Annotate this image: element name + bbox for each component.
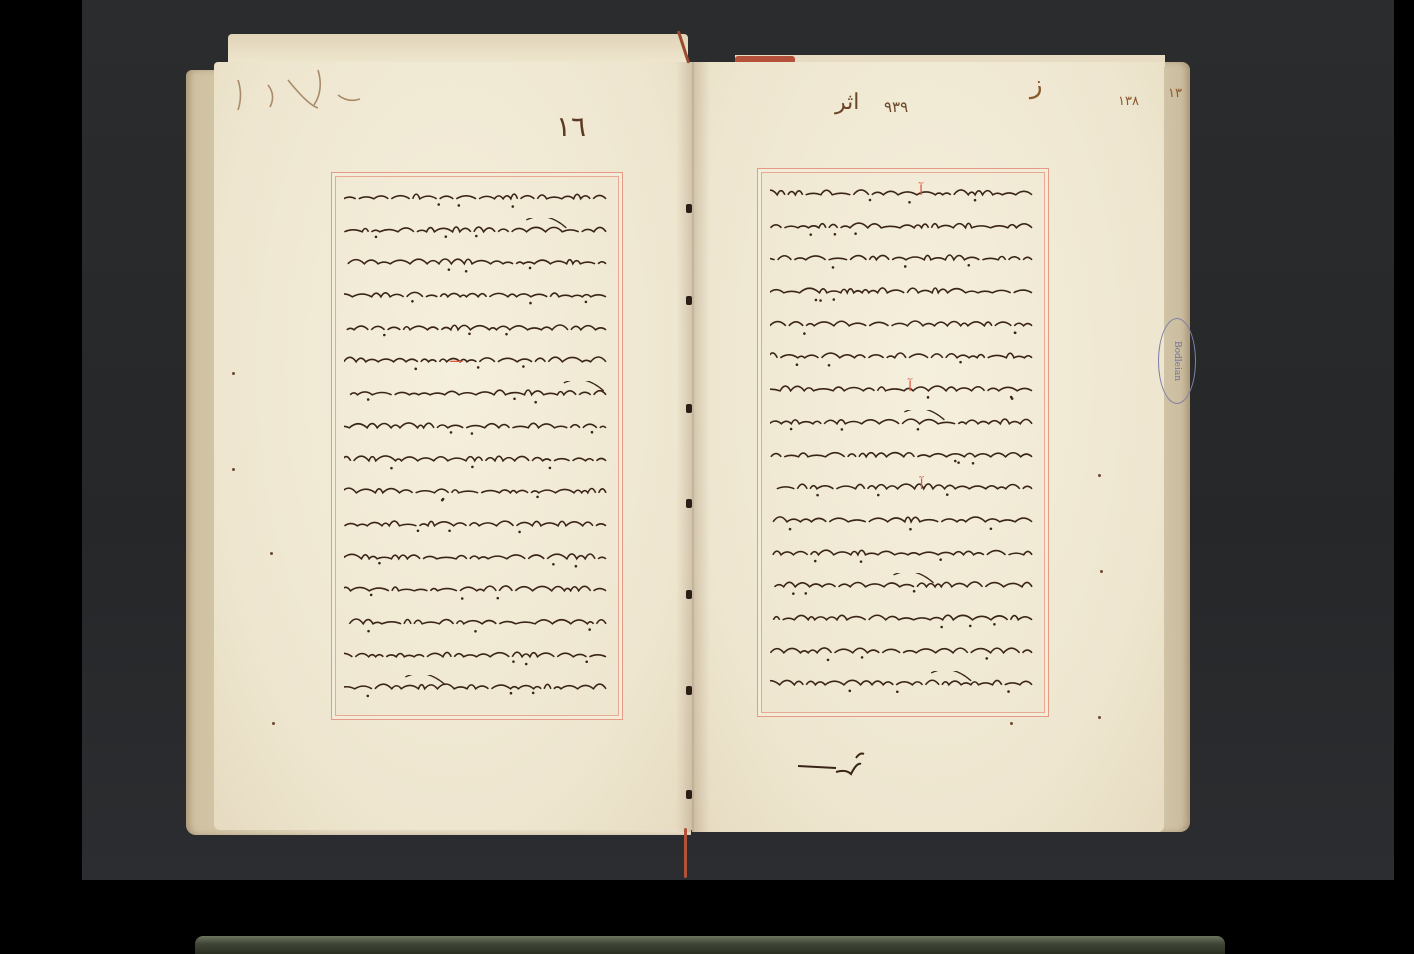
prick-mark — [270, 552, 273, 555]
left-text-frame: ـــ — [331, 172, 623, 720]
lightbox-edge — [195, 936, 1225, 954]
header-note-right: اثر — [835, 90, 859, 115]
script-line — [770, 541, 1036, 565]
binding-thread-bottom — [684, 828, 687, 878]
script-line: آ — [770, 181, 1036, 205]
page-count-note-2: ١٣ — [1168, 86, 1182, 101]
script-line — [770, 671, 1036, 695]
script-line — [344, 316, 610, 340]
script-line — [344, 218, 610, 242]
script-line — [770, 508, 1036, 532]
script-line — [344, 545, 610, 569]
script-line — [770, 639, 1036, 663]
script-line — [770, 606, 1036, 630]
script-line — [344, 185, 610, 209]
prick-mark — [1098, 474, 1101, 477]
prick-mark — [232, 468, 235, 471]
rubric-marker: آ — [919, 183, 923, 199]
catchword — [796, 748, 876, 788]
script-line — [344, 643, 610, 667]
script-line — [344, 577, 610, 601]
folio-number: ٩٣٩ — [884, 98, 908, 116]
worm-damage-left — [228, 60, 398, 130]
script-line: ـــ — [344, 348, 610, 372]
script-line: آ — [770, 377, 1036, 401]
prick-mark — [272, 722, 275, 725]
script-line — [344, 447, 610, 471]
book-gutter — [676, 62, 710, 832]
stitch-hole — [686, 590, 692, 599]
page-count-note: ١٣٨ — [1118, 94, 1139, 109]
script-line — [344, 414, 610, 438]
script-line — [344, 381, 610, 405]
stitch-hole — [686, 204, 692, 213]
rubric-marker: ـــ — [450, 350, 462, 366]
prick-mark — [1100, 570, 1103, 573]
script-line — [344, 250, 610, 274]
stitch-hole — [686, 404, 692, 413]
script-line — [344, 479, 610, 503]
right-text-lines: آآآ — [770, 181, 1036, 704]
script-line — [344, 283, 610, 307]
script-line — [770, 443, 1036, 467]
script-line — [344, 512, 610, 536]
rubric-marker: آ — [920, 477, 924, 493]
script-line — [770, 344, 1036, 368]
prick-mark — [1010, 722, 1013, 725]
stitch-hole — [686, 790, 692, 799]
prick-mark — [232, 372, 235, 375]
script-line — [770, 410, 1036, 434]
header-note-left: ١٦ — [556, 110, 586, 143]
left-text-lines: ـــ — [344, 185, 610, 708]
header-note-right-2: ز — [1030, 70, 1043, 100]
script-line — [344, 675, 610, 699]
script-line — [770, 279, 1036, 303]
stitch-hole — [686, 686, 692, 695]
script-line — [770, 246, 1036, 270]
library-stamp: Bodleian — [1158, 318, 1196, 404]
script-line: آ — [770, 475, 1036, 499]
script-line — [344, 610, 610, 634]
script-line — [770, 573, 1036, 597]
right-text-frame: آآآ — [757, 168, 1049, 717]
stitch-hole — [686, 499, 692, 508]
script-line — [770, 214, 1036, 238]
rubric-marker: آ — [908, 379, 912, 395]
prick-mark — [1098, 716, 1101, 719]
stitch-hole — [686, 296, 692, 305]
script-line — [770, 312, 1036, 336]
